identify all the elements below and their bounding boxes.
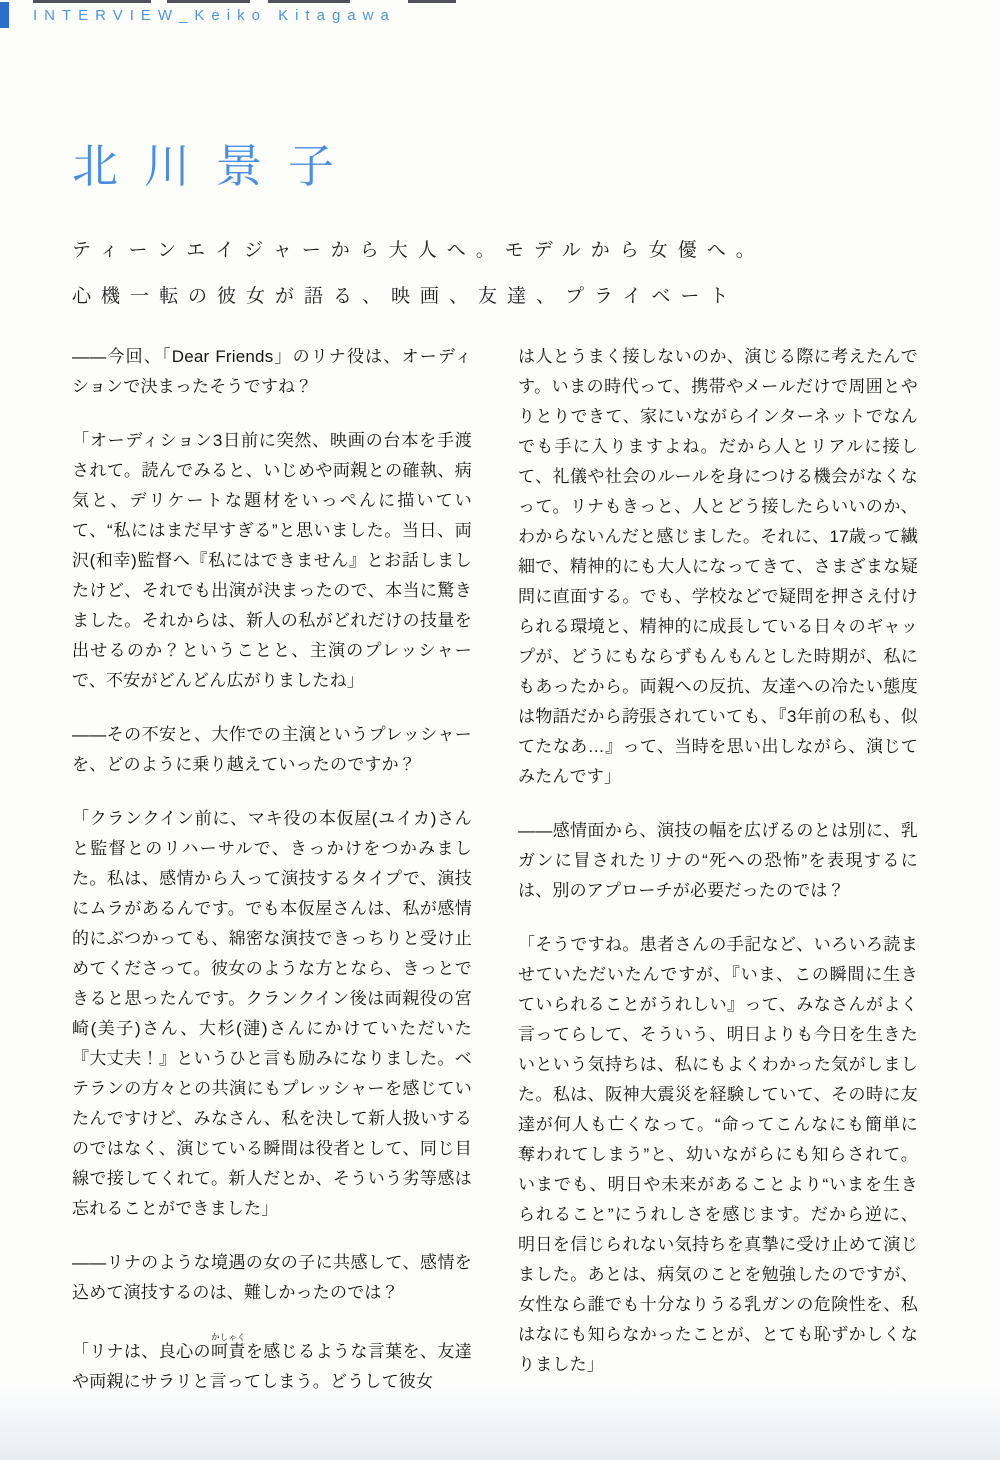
question-paragraph: ――感情面から、演技の幅を広げるのとは別に、乳ガンに冒されたリナの“死への恐怖”… <box>518 816 918 906</box>
question-paragraph: ――リナのような境遇の女の子に共感して、感情を込めて演技するのは、難しかったので… <box>72 1248 472 1308</box>
answer-paragraph-continued: は人とうまく接しないのか、演じる際に考えたんです。いまの時代って、携帯やメールだ… <box>518 342 918 792</box>
ruby-furigana: かしゃく <box>211 1332 246 1342</box>
answer-paragraph: 「クランクイン前に、マキ役の本仮屋(ユイカ)さんと監督とのリハーサルで、きっかけ… <box>72 804 472 1224</box>
answer-paragraph-with-ruby: 「リナは、良心の呵責かしゃくを感じるような言葉を、友達や両親にサラリと言ってしま… <box>72 1332 472 1397</box>
page-title: 北川景子 <box>72 130 360 196</box>
subtitle-line-1: ティーンエイジャーから大人へ。モデルから女優へ。 <box>72 240 765 261</box>
question-paragraph: ――その不安と、大作での主演というプレッシャーを、どのように乗り越えていったので… <box>72 720 472 780</box>
article-column-left: ――今回、「Dear Friends」のリナ役は、オーディションで決まったそうで… <box>72 342 472 1397</box>
question-paragraph: ――今回、「Dear Friends」のリナ役は、オーディションで決まったそうで… <box>72 342 472 402</box>
scan-artifact <box>33 0 151 3</box>
header-accent-mark <box>0 2 9 28</box>
ruby-annotation: 呵責かしゃく <box>211 1342 246 1361</box>
answer-text-before-ruby: 「リナは、良心の <box>72 1342 211 1361</box>
scan-artifact <box>167 0 250 3</box>
answer-paragraph: 「そうですね。患者さんの手記など、いろいろ読ませていただいたんですが、『いま、こ… <box>518 930 918 1380</box>
page-subtitle: ティーンエイジャーから大人へ。モデルから女優へ。心機一転の彼女が語る、映画、友達… <box>72 228 765 320</box>
scan-artifact <box>408 0 456 3</box>
answer-paragraph: 「オーディション3日前に突然、映画の台本を手渡されて。読んでみると、いじめや両親… <box>72 426 472 696</box>
header-eyebrow: INTERVIEW_Keiko Kitagawa <box>33 7 396 24</box>
ruby-base: 呵責 <box>211 1342 246 1361</box>
subtitle-line-2: 心機一転の彼女が語る、映画、友達、プライベート <box>72 286 738 307</box>
scan-artifact <box>268 0 350 3</box>
article-column-right: は人とうまく接しないのか、演じる際に考えたんです。いまの時代って、携帯やメールだ… <box>518 342 918 1380</box>
magazine-page: INTERVIEW_Keiko Kitagawa 北川景子 ティーンエイジャーか… <box>0 0 1000 1460</box>
